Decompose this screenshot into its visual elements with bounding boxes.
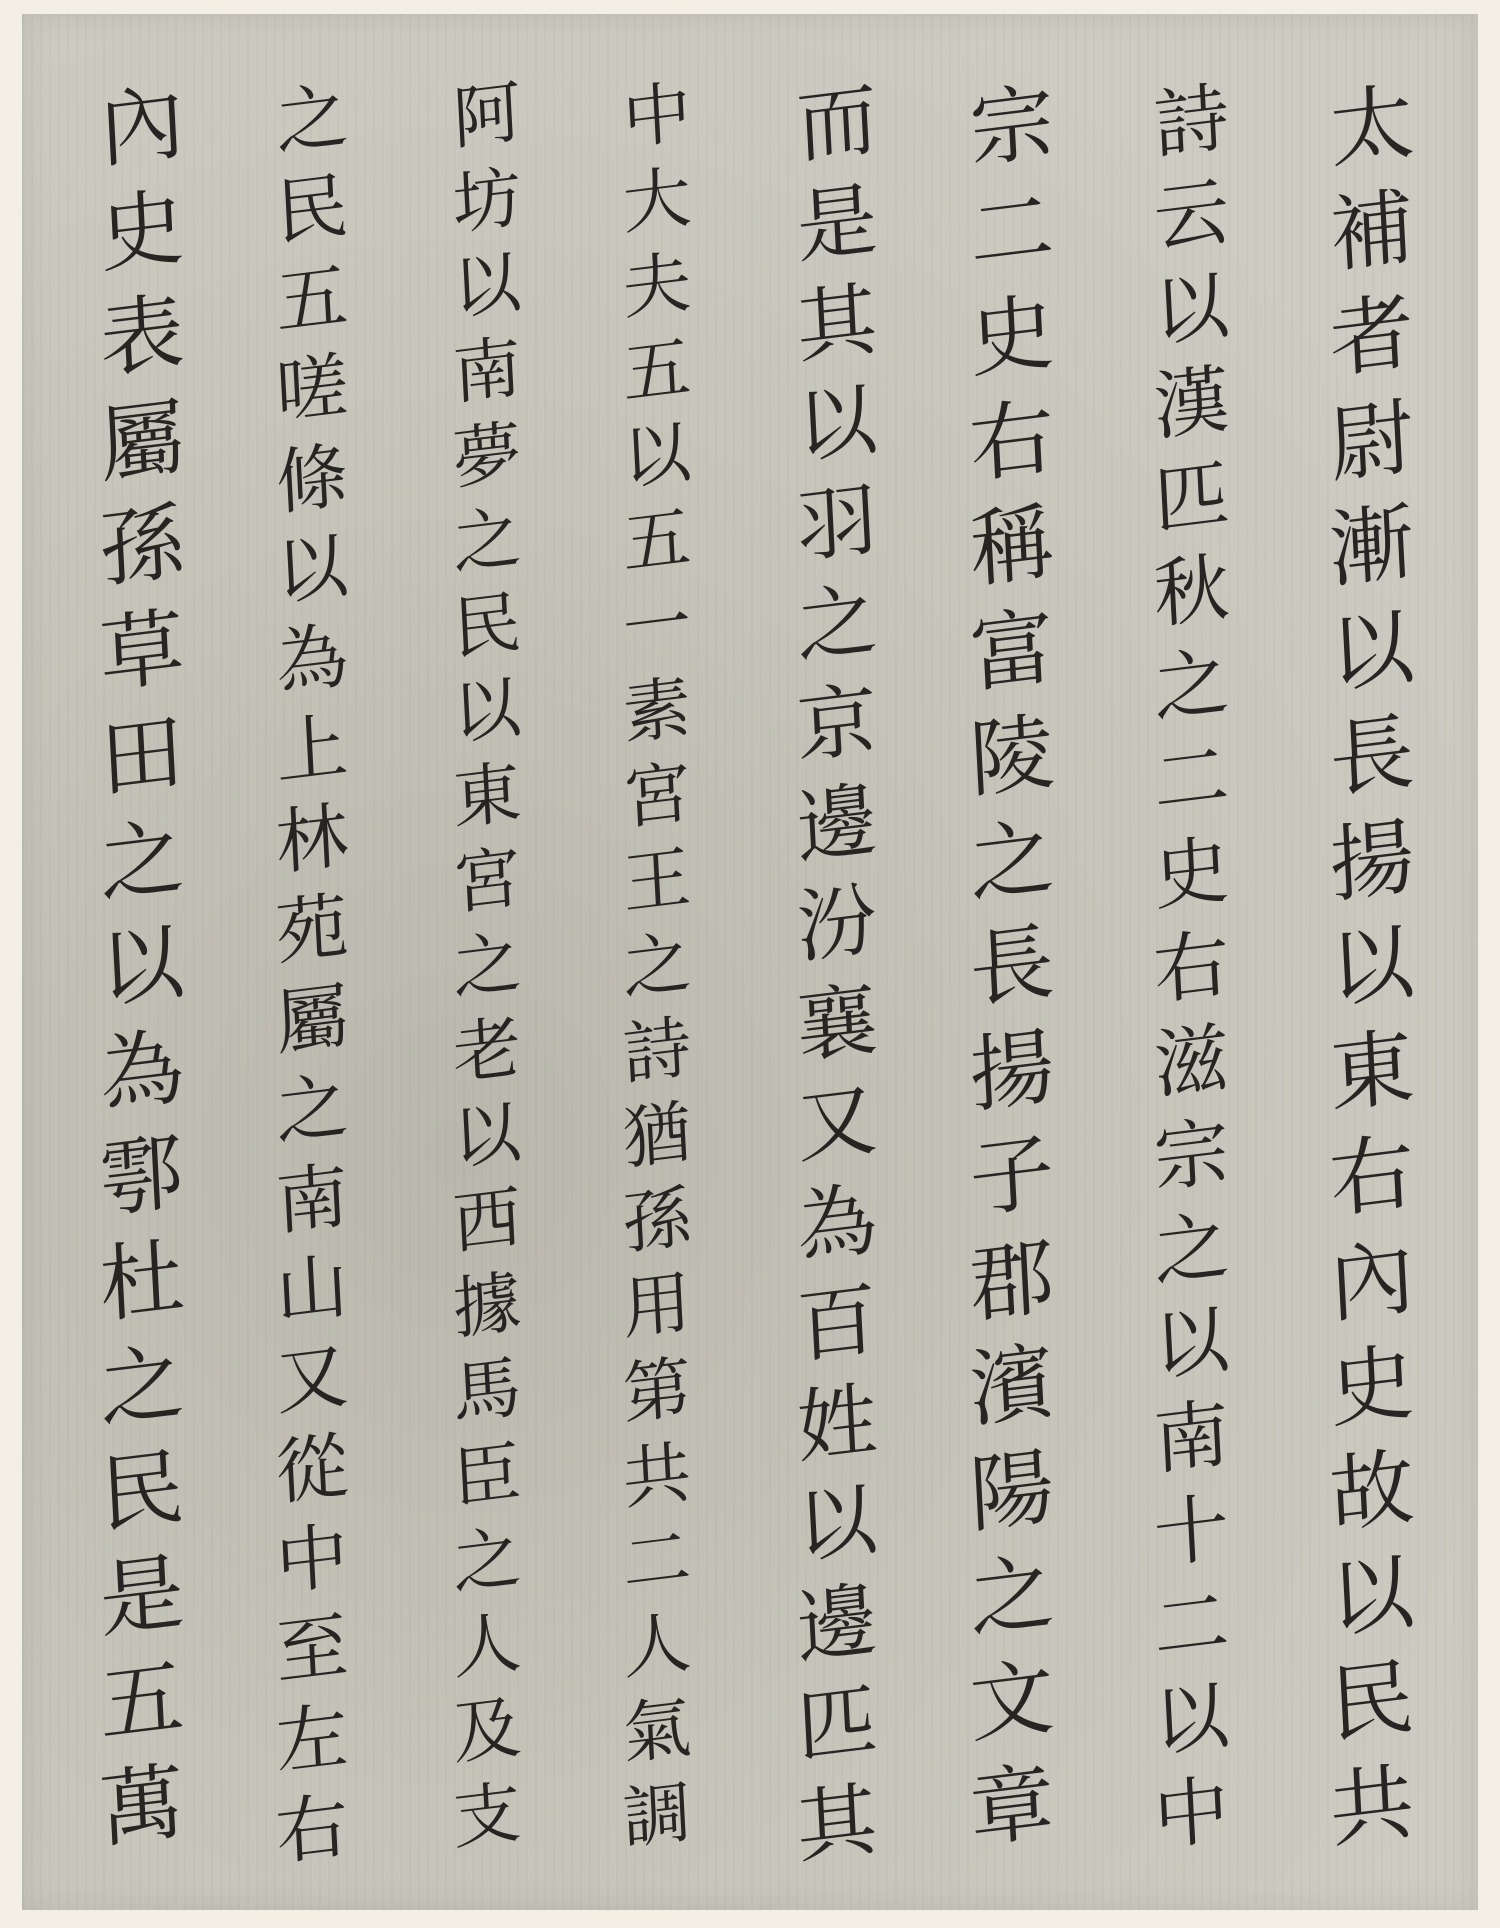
calligraphy-paper: 太補者尉漸以長揚以東右內史故以民共 詩云以漢匹秋之二史右滋宗之以南十二以中 宗二… (22, 14, 1478, 1910)
calligraphy-column-4: 而是其以羽之京邊汾襄又為百姓以邊匹其 (777, 74, 897, 1874)
calligraphy-column-1: 太補者尉漸以長揚以東右內史故以民共 (1312, 74, 1432, 1859)
calligraphy-column-5: 中大夫五以五一素宮王之詩猶孫用第共二人氣調 (597, 74, 717, 1859)
calligraphy-column-2: 詩云以漢匹秋之二史右滋宗之以南十二以中 (1132, 74, 1252, 1860)
calligraphy-column-6: 阿坊以南夢之民以東宮之老以西據馬臣之人及支 (427, 74, 547, 1859)
calligraphy-column-7: 之民五嗟條以為上林苑屬之南山又從中至左右 (252, 74, 372, 1874)
calligraphy-column-8: 內史表屬孫草田之以為鄠杜之民是五萬 (82, 74, 202, 1859)
calligraphy-column-3: 宗二史右稱富陵之長揚子郡濱陽之文章 (952, 74, 1072, 1859)
